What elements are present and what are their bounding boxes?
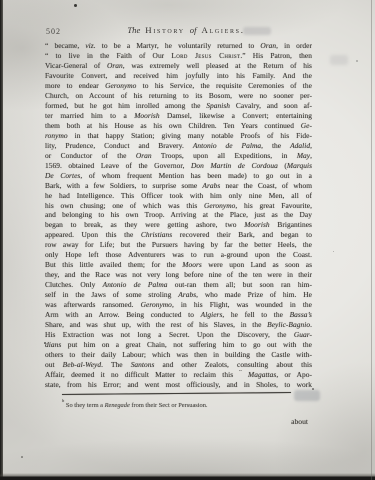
text-segment: Lord Jesus Christ: [171, 51, 240, 60]
text-segment: formed, but he got him inrolled among th…: [45, 101, 206, 110]
text-segment: to be a Martyr, he voluntarily returned …: [96, 41, 261, 50]
text-segment: , who made Prize of him. He: [196, 290, 312, 299]
text-line: dians put him on a great Chain, not suff…: [45, 340, 312, 350]
text-segment: , was extremely well pleased at the Retu…: [123, 61, 312, 70]
text-segment: Moors: [182, 260, 202, 269]
text-line: Arm with an Arrow. Being conducted to Al…: [45, 310, 312, 320]
text-segment: .” His Patron, then: [240, 51, 312, 60]
body-text: “ became, viz. to be a Martyr, he volunt…: [45, 41, 312, 390]
text-segment: Beylic-Bagnio: [267, 320, 310, 329]
scan-edge-left: [0, 0, 3, 480]
text-segment: Moorish: [134, 111, 159, 120]
text-segment: His Extraction was not long a Secret. Up…: [45, 330, 294, 339]
text-line: ronymo in that happy Station; giving man…: [45, 131, 312, 141]
margin-smudge: [330, 55, 348, 65]
text-line: De Cortes, of whom frequent Mention has …: [45, 171, 312, 181]
text-segment: only Hope left those Adventurers was to …: [45, 250, 312, 259]
text-segment: Damsel, likewise a Convert; entertaining: [160, 111, 312, 120]
text-segment: others to their daily Labour; which was …: [45, 350, 312, 359]
text-segment: h: [239, 370, 241, 372]
text-segment: Renegade: [105, 402, 130, 409]
text-segment: he had Intelligence. This Officer took w…: [45, 191, 312, 200]
text-line: state, from his Error; and went most off…: [45, 380, 312, 390]
text-segment: ter married him to a: [45, 111, 134, 120]
running-header: The History of Algiers.: [52, 25, 320, 35]
text-line: But this little availed them; for the Mo…: [45, 260, 312, 270]
text-segment: out: [45, 360, 63, 369]
text-segment: from their Sect or Persuasion.: [130, 402, 208, 409]
text-segment: Geronymo: [204, 201, 235, 210]
text-segment: Arabs: [202, 181, 220, 190]
text-segment: Christians: [141, 230, 172, 239]
text-line: began to break, as they were getting ash…: [45, 220, 312, 230]
header-word-algiers: Algiers.: [201, 25, 244, 35]
text-line: Affair, deemed it no difficult Matter to…: [45, 370, 312, 380]
text-segment: Spanish: [206, 101, 230, 110]
text-segment: Cavalry, and soon af-: [230, 101, 312, 110]
text-segment: Brigantines: [270, 220, 312, 229]
text-segment: in that happy Station; giving many notab…: [68, 131, 312, 140]
text-segment: Moorish: [244, 220, 269, 229]
text-line: ter married him to a Moorish Damsel, lik…: [45, 111, 312, 121]
text-segment: row away for Life; but the Pursuers havi…: [45, 240, 312, 249]
text-segment: Magattas: [248, 370, 276, 379]
text-segment: Adalid: [290, 141, 310, 150]
text-segment: , or Apo-: [276, 370, 312, 379]
text-segment: more to endear: [45, 81, 105, 90]
text-line: Vicar-General of Oran, was extremely wel…: [45, 61, 312, 71]
text-segment: were upon Land as soon as: [202, 260, 312, 269]
footnote-text: h So they term a Renegade from their Sec…: [62, 402, 302, 410]
header-word-history: History: [145, 25, 184, 35]
text-segment: put him on a great Chain, not suffering …: [61, 340, 312, 349]
text-segment: Antonio de Palma: [193, 141, 261, 150]
text-segment: out-ran them all; but soon ran him-: [167, 280, 312, 289]
text-segment: near the Coast, of whom: [220, 181, 312, 190]
text-segment: and other Zealots, consulting about this: [154, 360, 312, 369]
text-segment: , he fell to the: [222, 310, 289, 319]
text-line: his own chusing; one of which was this G…: [45, 201, 312, 211]
text-line: and belonging to his own Troop. Arriving…: [45, 210, 312, 220]
text-segment: Marquis: [287, 161, 312, 170]
text-segment: , in order: [276, 41, 312, 50]
ink-speck: [356, 60, 358, 62]
text-segment: But this little availed them; for the: [45, 260, 182, 269]
text-segment: De Cortes: [45, 171, 80, 180]
text-line: self in the Jaws of some stroling Arabs,…: [45, 290, 312, 300]
footnote-rule: [62, 392, 291, 395]
header-word-the: The: [127, 25, 140, 35]
text-line: formed, but he got him inrolled among th…: [45, 101, 312, 111]
text-segment: ,: [310, 141, 312, 150]
text-segment: Clutches. Only: [45, 280, 103, 289]
text-segment: ,: [310, 151, 312, 160]
text-segment: Troops, upon all Expeditions, in: [152, 151, 297, 160]
text-line: His Extraction was not long a Secret. Up…: [45, 330, 312, 340]
text-segment: Church, on Account of his returning to i…: [45, 91, 312, 100]
text-segment: Bassa’s: [290, 310, 312, 319]
text-segment: to his Service, the requisite Ceremonies…: [136, 81, 312, 90]
text-line: 1569. obtained Leave of the Governor, Do…: [45, 161, 312, 171]
scanned-book-page: 502 The History of Algiers. “ became, vi…: [0, 0, 375, 480]
text-segment: Oran: [260, 41, 276, 50]
text-segment: Guar-: [294, 330, 312, 339]
text-segment: , the: [261, 141, 290, 150]
text-segment: , of whom frequent Mention has been made…: [80, 171, 312, 180]
text-line: he had Intelligence. This Officer took w…: [45, 191, 312, 201]
header-word-of: of: [190, 25, 197, 35]
text-segment: was afterwards ransomed.: [45, 300, 141, 309]
text-segment: .: [310, 320, 312, 329]
text-segment: Bark, with a few Soldiers, to surprise s…: [45, 181, 202, 190]
text-segment: Santons: [131, 360, 155, 369]
scan-edge-right: [371, 0, 372, 480]
text-segment: Vicar-General of: [45, 61, 107, 70]
text-segment: Geronymo: [141, 300, 172, 309]
text-segment: and belonging to his own Troop. Arriving…: [45, 210, 312, 219]
text-segment: ronymo: [45, 131, 68, 140]
ink-speck: [312, 388, 314, 390]
text-line: “ to live in the Faith of Our Lord Jesus…: [45, 51, 312, 61]
text-line: more to endear Geronymo to his Service, …: [45, 81, 312, 91]
text-segment: May: [297, 151, 310, 160]
ink-speck: [21, 456, 23, 458]
text-segment: Arm with an Arrow. Being conducted to: [45, 310, 201, 319]
text-line: out Beb-al-Weyd. The Santons and other Z…: [45, 360, 312, 370]
text-segment: “ to live in the Faith of Our: [45, 51, 171, 60]
text-segment: self in the Jaws of some stroling: [45, 290, 178, 299]
text-segment: Beb-al-Weyd: [63, 360, 101, 369]
text-segment: began to break, as they were getting ash…: [45, 220, 244, 229]
text-segment: Favourite Convert, and received him joyf…: [45, 71, 312, 80]
text-line: “ became, viz. to be a Martyr, he volunt…: [45, 41, 312, 51]
scan-edge-bottom: [0, 473, 375, 480]
text-line: or Conductor of the Oran Troops, upon al…: [45, 151, 312, 161]
text-segment: Oran: [107, 61, 123, 70]
text-segment: recovered their Bark, and began to: [172, 230, 312, 239]
text-segment: Antonio de Palma: [103, 280, 168, 289]
text-segment: lity, Prudence, Conduct and Bravery.: [45, 141, 193, 150]
text-segment: So they term a: [64, 402, 104, 409]
text-segment: h: [62, 398, 64, 403]
text-line: them both at his House as his own Childr…: [45, 121, 312, 131]
text-segment: 1569. obtained Leave of the Governor,: [45, 161, 191, 170]
text-segment: his own chusing; one of which was this: [45, 201, 204, 210]
text-segment: (: [278, 161, 287, 170]
text-segment: Ge-: [301, 121, 312, 130]
text-line: Clutches. Only Antonio de Palma out-ran …: [45, 280, 312, 290]
text-line: Favourite Convert, and received him joyf…: [45, 71, 312, 81]
text-line: others to their daily Labour; which was …: [45, 350, 312, 360]
text-line: Share, and was shut up, with the rest of…: [45, 320, 312, 330]
text-segment: Algiers: [201, 310, 223, 319]
text-segment: Oran: [136, 151, 152, 160]
text-segment: , in his Flight, was wounded in the: [172, 300, 312, 309]
text-line: lity, Prudence, Conduct and Bravery. Ant…: [45, 141, 312, 151]
text-line: was afterwards ransomed. Geronymo, in hi…: [45, 300, 312, 310]
text-segment: , his great Favourite,: [235, 201, 312, 210]
text-segment: Don Martin de Cordoua: [191, 161, 278, 170]
text-segment: “ became,: [45, 41, 85, 50]
text-line: row away for Life; but the Pursuers havi…: [45, 240, 312, 250]
text-segment: them both at his House as his own Childr…: [45, 121, 301, 130]
text-line: appeared. Upon this the Christians recov…: [45, 230, 312, 240]
text-segment: dians: [45, 340, 61, 349]
ink-smudge: [294, 390, 320, 401]
text-segment: state, from his Error; and went most off…: [45, 380, 312, 389]
text-segment: or Conductor of the: [45, 151, 136, 160]
text-segment: Arabs: [178, 290, 196, 299]
text-segment: Geronymo: [105, 81, 136, 90]
text-segment: Share, and was shut up, with the rest of…: [45, 320, 267, 329]
text-segment: appeared. Upon this the: [45, 230, 141, 239]
text-line: they, and the Race was not very long bef…: [45, 270, 312, 280]
text-segment: . The: [101, 360, 131, 369]
text-segment: Affair, deemed it no difficult Matter to…: [45, 370, 239, 379]
text-line: only Hope left those Adventurers was to …: [45, 250, 312, 260]
ink-speck: [74, 4, 77, 7]
text-line: Church, on Account of his returning to i…: [45, 91, 312, 101]
text-segment: viz.: [85, 41, 95, 50]
text-line: Bark, with a few Soldiers, to surprise s…: [45, 181, 312, 191]
text-segment: they, and the Race was not very long bef…: [45, 270, 312, 279]
ink-speck: [333, 251, 334, 252]
catchword: about: [262, 417, 308, 426]
